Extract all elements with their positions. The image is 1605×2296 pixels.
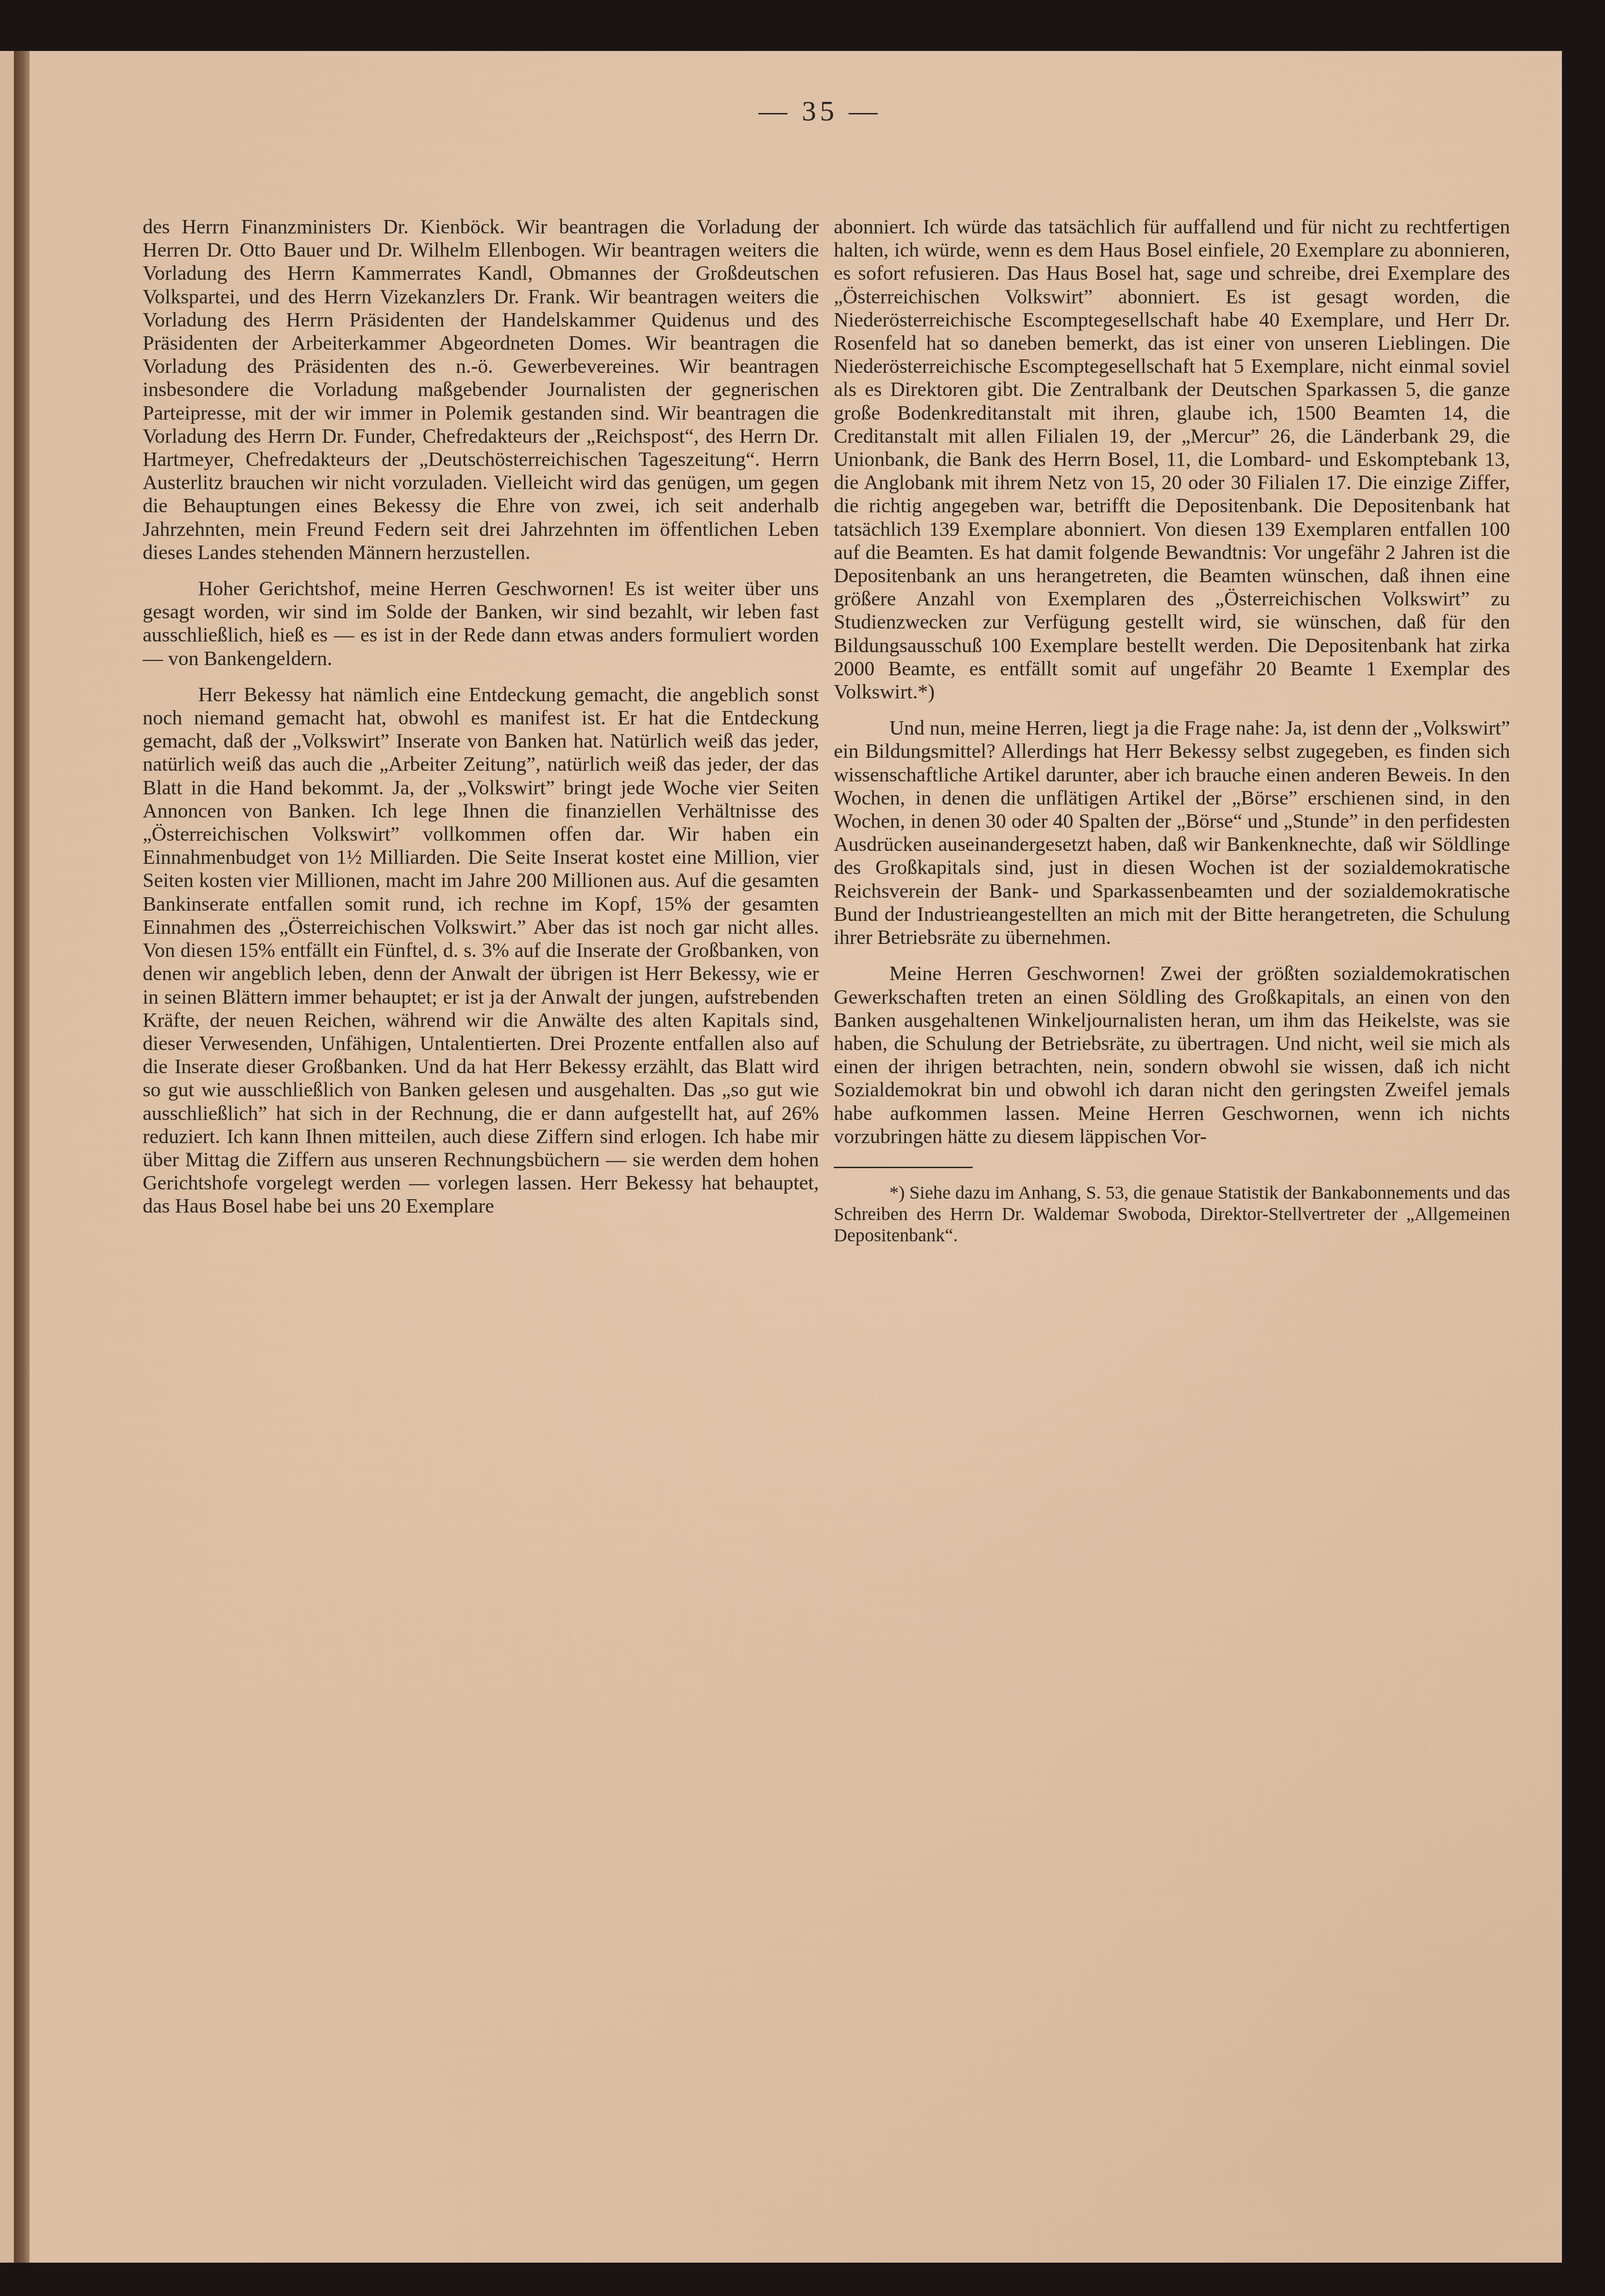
paragraph-bank-pay-accusation: Hoher Gerichtshof, meine Herren Geschwor…	[143, 577, 819, 670]
binding-gutter-shadow	[14, 51, 30, 2263]
binding-spine	[0, 51, 14, 2263]
page-number: — 35 —	[750, 95, 889, 128]
left-text-column: des Herrn Finanzministers Dr. Kienböck. …	[143, 215, 819, 1218]
paragraph-advertising-finances: Herr Bekessy hat nämlich eine Entdeckung…	[143, 683, 819, 1218]
paragraph-summons-list: des Herrn Finanzministers Dr. Kienböck. …	[143, 215, 819, 564]
paragraph-education-question: Und nun, meine Herren, liegt ja die Frag…	[834, 717, 1510, 949]
paragraph-unions-training: Meine Herren Geschwornen! Zwei der größt…	[834, 962, 1510, 1148]
paragraph-subscription-figures: abonniert. Ich würde das tatsächlich für…	[834, 215, 1510, 704]
right-text-column: abonniert. Ich würde das tatsächlich für…	[834, 215, 1510, 1246]
footnote: *) Siehe dazu im Anhang, S. 53, die gena…	[834, 1182, 1510, 1246]
footnote-divider	[834, 1167, 973, 1168]
